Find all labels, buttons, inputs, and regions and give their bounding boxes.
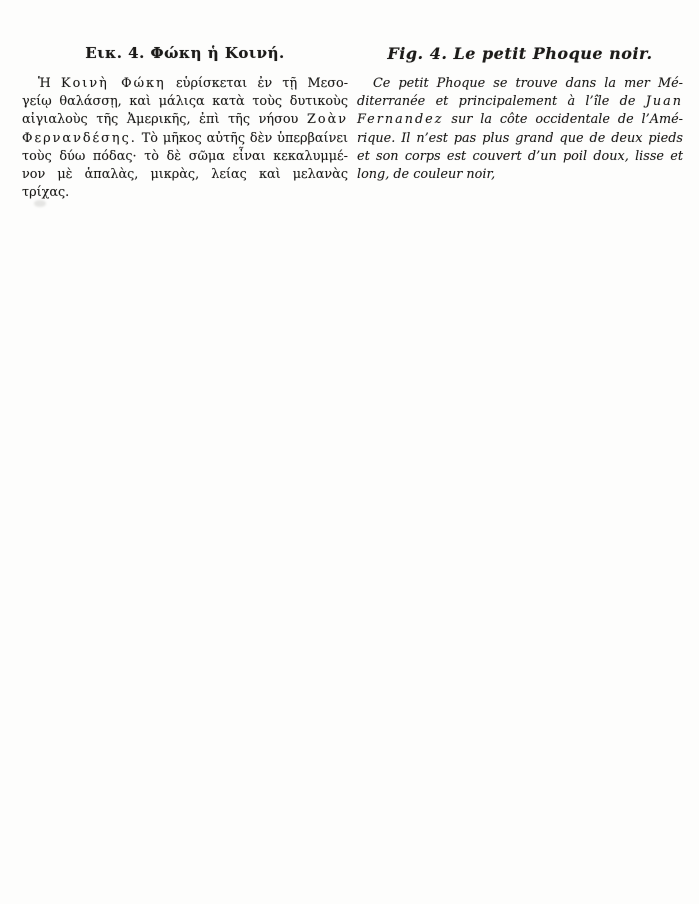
french-text-line-5: et son corps est couvert d’un poil doux,…	[357, 148, 683, 166]
greek-text-line-4: Φερνανδέσης. Τὸ μῆκος αὐτῆς δὲν ὑπερβαίν…	[22, 130, 348, 148]
french-text-line-6: long, de couleur noir,	[357, 166, 683, 184]
greek-text-line-5: τοὺς δύω πόδας· τὸ δὲ σῶμα εἶναι κεκαλυμ…	[22, 148, 348, 166]
text-segment: diterranée et principalement à l’île de	[357, 94, 646, 109]
text-segment: Τὸ μῆκος αὐτῆς δὲν ὑπερβαίνει	[137, 131, 348, 146]
text-segment: long, de couleur noir,	[357, 167, 495, 182]
greek-text-line-6: νον μὲ ἁπαλὰς, μικρὰς, λείας καὶ μελανὰς…	[22, 166, 348, 202]
text-segment-emphasized: Fernandez	[357, 112, 444, 127]
text-segment: εὑρίσκεται ἐν τῇ Μεσο-	[166, 76, 348, 91]
text-segment: sur la côte occidentale de l’Amé-	[444, 112, 684, 127]
french-text-line-1: Ce petit Phoque se trouve dans la mer Mé…	[357, 75, 683, 93]
text-segment-emphasized: Φερνανδέσης.	[22, 131, 137, 146]
two-column-text: Εικ. 4. Φώκη ἡ Κοινή. Ἡ Κοινὴ Φώκη εὑρίσ…	[22, 44, 683, 202]
french-text-line-2: diterranée et principalement à l’île de …	[357, 93, 683, 111]
greek-heading: Εικ. 4. Φώκη ἡ Κοινή.	[22, 44, 348, 68]
text-segment-emphasized: Κοινὴ Φώκη	[61, 76, 166, 91]
text-segment: νον μὲ ἁπαλὰς, μικρὰς, λείας καὶ μελανὰς…	[22, 167, 348, 200]
french-heading: Fig. 4. Le petit Phoque noir.	[357, 44, 683, 68]
text-segment: Ce petit Phoque se trouve dans la mer Mé…	[373, 76, 683, 91]
text-segment: rique. Il n’est pas plus grand que de de…	[357, 131, 683, 146]
text-segment: et son corps est couvert d’un poil doux,…	[357, 149, 683, 164]
greek-text-line-2: γείῳ θαλάσσῃ, καὶ μάλιςα κατὰ τοὺς δυτικ…	[22, 93, 348, 111]
text-segment: Ἡ	[38, 76, 61, 91]
text-segment: αἰγιαλοὺς τῆς Ἀμερικῆς, ἐπὶ τῆς νήσου	[22, 112, 307, 127]
greek-text-line-3: αἰγιαλοὺς τῆς Ἀμερικῆς, ἐπὶ τῆς νήσου Ζο…	[22, 111, 348, 129]
greek-text-line-1: Ἡ Κοινὴ Φώκη εὑρίσκεται ἐν τῇ Μεσο-	[22, 75, 348, 93]
text-segment: τοὺς δύω πόδας· τὸ δὲ σῶμα εἶναι κεκαλυμ…	[22, 149, 348, 164]
greek-column: Εικ. 4. Φώκη ἡ Κοινή. Ἡ Κοινὴ Φώκη εὑρίσ…	[22, 44, 348, 202]
french-text-line-3: Fernandez sur la côte occidentale de l’A…	[357, 111, 683, 129]
scanned-page: Εικ. 4. Φώκη ἡ Κοινή. Ἡ Κοινὴ Φώκη εὑρίσ…	[0, 0, 699, 904]
text-segment-emphasized: Juan	[646, 94, 683, 109]
text-segment-emphasized: Ζοὰν	[307, 112, 348, 127]
french-text-line-4: rique. Il n’est pas plus grand que de de…	[357, 130, 683, 148]
text-segment: γείῳ θαλάσσῃ, καὶ μάλιςα κατὰ τοὺς δυτικ…	[22, 94, 348, 109]
french-column: Fig. 4. Le petit Phoque noir. Ce petit P…	[357, 44, 683, 202]
